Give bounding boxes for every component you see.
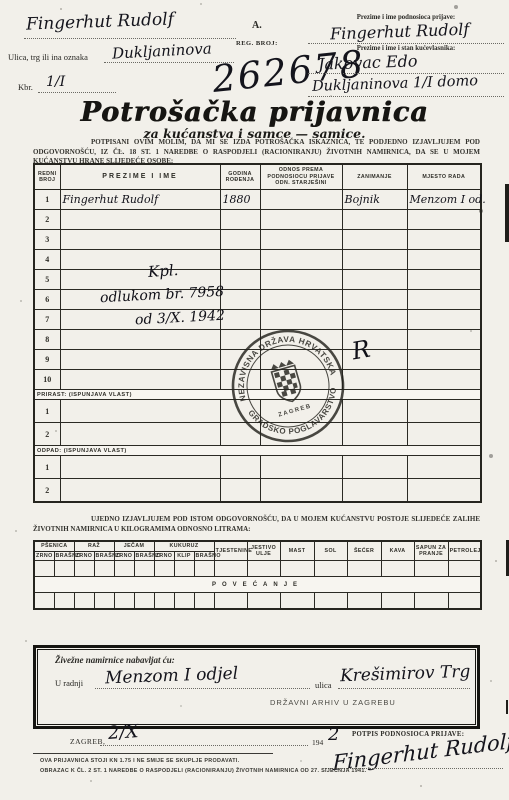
footer-note-price: OVA PRIJAVNICA STOJI KN 1.75 I NE SMIJE …	[40, 758, 370, 764]
cell-redni-broj: 2	[34, 423, 60, 446]
section-letter: A.	[252, 20, 262, 31]
kbr-line	[38, 92, 116, 93]
cell-empty	[314, 561, 347, 577]
landlord-value-handwritten: Jakovac Edo	[318, 51, 418, 73]
supplies-data-row	[34, 593, 481, 610]
col-kukuruz-brasno: BRAŠNO	[194, 551, 214, 561]
cell-prezime-ime	[60, 230, 220, 250]
date-line	[100, 745, 308, 746]
cell-zanimanje: Bojnik	[342, 190, 407, 210]
cell-empty	[34, 593, 54, 610]
col-sapun: SAPUN ZA PRANJE	[414, 541, 448, 561]
cell-zanimanje	[342, 250, 407, 270]
cell-empty	[381, 561, 414, 577]
cell-redni-broj: 5	[34, 270, 60, 290]
cell-empty	[134, 561, 154, 577]
cell-empty	[407, 479, 481, 503]
shop-line	[95, 688, 310, 689]
cell-empty	[94, 561, 114, 577]
cell-zanimanje	[342, 230, 407, 250]
odpad-row: 1	[34, 456, 481, 479]
cell-empty	[381, 593, 414, 610]
col-jecam: JEČAM	[114, 541, 154, 551]
cell-zanimanje	[342, 210, 407, 230]
cell-empty	[34, 561, 54, 577]
applicant-label: Prezime i ime podnosioca prijave:	[310, 14, 502, 21]
odpad-row: 2	[34, 479, 481, 503]
cell-mjesto-rada	[407, 290, 481, 310]
cell-prezime-ime: Fingerhut Rudolf	[60, 190, 220, 210]
cell-empty	[260, 456, 342, 479]
col-kukuruz-zrno: ZRNO	[154, 551, 174, 561]
cell-empty	[154, 593, 174, 610]
col-petrolej: PETROLEJ	[448, 541, 481, 561]
cell-empty	[342, 479, 407, 503]
household-row: 3	[34, 230, 481, 250]
cell-odnos	[260, 290, 342, 310]
col-zanimanje: ZANIMANJE	[342, 164, 407, 190]
cell-odnos	[260, 230, 342, 250]
cell-empty	[407, 456, 481, 479]
cell-mjesto-rada	[407, 370, 481, 390]
cell-empty	[174, 561, 194, 577]
cell-empty	[134, 593, 154, 610]
cell-empty	[174, 593, 194, 610]
col-mast: MAST	[280, 541, 314, 561]
cell-empty	[314, 593, 347, 610]
shop-label: U radnji	[55, 678, 83, 688]
reg-number-label: REG. BROJ:	[236, 40, 278, 47]
cell-mjesto-rada	[407, 230, 481, 250]
cell-zanimanje	[342, 370, 407, 390]
col-psenica-zrno: ZRNO	[34, 551, 54, 561]
cell-godina-rodjenja	[220, 210, 260, 230]
cell-empty	[414, 593, 448, 610]
cell-empty	[60, 400, 220, 423]
cell-zanimanje	[342, 310, 407, 330]
cell-zanimanje	[342, 290, 407, 310]
col-raz: RAŽ	[74, 541, 114, 551]
povecanje-band-row: POVEĆANJE	[34, 577, 481, 593]
povecanje-band-label: POVEĆANJE	[34, 577, 481, 593]
cell-godina-rodjenja	[220, 250, 260, 270]
household-row: 5	[34, 270, 481, 290]
cell-empty	[154, 561, 174, 577]
cell-redni-broj: 6	[34, 290, 60, 310]
year-printed: 194	[312, 738, 323, 747]
cell-mjesto-rada: Menzom I od.	[407, 190, 481, 210]
cell-redni-broj: 7	[34, 310, 60, 330]
footer-note-regulation: OBRAZAC K ČL. 2 ST. 1 NAREDBE O RASPODJE…	[40, 768, 380, 774]
cell-empty	[114, 561, 134, 577]
applicant-value-handwritten: Fingerhut Rudolf	[330, 20, 470, 44]
col-jestivo-ulje: JESTIVO ULJE	[247, 541, 280, 561]
cell-redni-broj: 1	[34, 400, 60, 423]
col-prezime-ime: PREZIME I IME	[60, 164, 220, 190]
col-jecam-zrno: ZRNO	[114, 551, 134, 561]
col-sol: SOL	[314, 541, 347, 561]
col-secer: ŠEĆER	[347, 541, 381, 561]
cell-mjesto-rada	[407, 330, 481, 350]
archive-stamp-text: DRŽAVNI ARHIV U ZAGREBU	[270, 698, 396, 707]
cell-redni-broj: 1	[34, 456, 60, 479]
stamp-center-text: ZAGREB	[278, 403, 313, 418]
cell-empty	[407, 423, 481, 446]
col-mjesto-rada: MJESTO RADA	[407, 164, 481, 190]
stamp-coat-of-arms	[270, 359, 304, 405]
cell-empty	[214, 561, 247, 577]
street-value-handwritten: Dukljaninova	[112, 39, 213, 62]
cell-prezime-ime	[60, 370, 220, 390]
cell-godina-rodjenja	[220, 310, 260, 330]
scan-edge-artifact	[505, 184, 509, 242]
supply-street-label: ulica	[315, 680, 332, 690]
applicant-line	[308, 43, 504, 44]
cell-empty	[194, 561, 214, 577]
cell-prezime-ime	[60, 210, 220, 230]
household-row: 4	[34, 250, 481, 270]
cell-empty	[247, 593, 280, 610]
header-name-handwritten: Fingerhut Rudolf	[26, 9, 175, 34]
cell-redni-broj: 9	[34, 350, 60, 370]
col-raz-zrno: ZRNO	[74, 551, 94, 561]
year-handwritten: 2	[328, 724, 339, 745]
cell-prezime-ime	[60, 350, 220, 370]
cell-godina-rodjenja	[220, 290, 260, 310]
cell-empty	[114, 593, 134, 610]
supplies-group-header-row: PŠENICA RAŽ JEČAM KUKURUZ TJESTENINE JES…	[34, 541, 481, 551]
cell-empty	[54, 561, 74, 577]
declaration-paragraph: UJEDNO IZJAVLJUJEM POD ISTOM ODGOVORNOŠĆ…	[33, 515, 480, 534]
cell-godina-rodjenja	[220, 230, 260, 250]
col-godina-rodjenja: GODINA ROĐENJA	[220, 164, 260, 190]
kbr-label: Kbr.	[18, 82, 33, 92]
col-raz-brasno: BRAŠNO	[94, 551, 114, 561]
col-kukuruz-klip: KLIP	[174, 551, 194, 561]
ration-card-form: Fingerhut Rudolf Ulica, trg ili ina ozna…	[0, 0, 509, 800]
supply-heading: Živežne namirnice nabavljat ću:	[55, 655, 175, 665]
cell-empty	[414, 561, 448, 577]
cell-redni-broj: 10	[34, 370, 60, 390]
supplies-data-row	[34, 561, 481, 577]
cell-zanimanje	[342, 270, 407, 290]
cell-empty	[60, 479, 220, 503]
supplies-table: PŠENICA RAŽ JEČAM KUKURUZ TJESTENINE JES…	[33, 540, 482, 610]
household-row: 1Fingerhut Rudolf1880BojnikMenzom I od.	[34, 190, 481, 210]
cell-empty	[247, 561, 280, 577]
cell-empty	[220, 456, 260, 479]
paper-speckles	[0, 0, 2, 2]
cell-empty	[407, 400, 481, 423]
cell-redni-broj: 2	[34, 210, 60, 230]
cell-empty	[74, 561, 94, 577]
cell-odnos	[260, 190, 342, 210]
household-row: 2	[34, 210, 481, 230]
cell-empty	[280, 593, 314, 610]
col-kava: KAVA	[381, 541, 414, 561]
cell-redni-broj: 1	[34, 190, 60, 210]
col-psenica: PŠENICA	[34, 541, 74, 551]
date-handwritten: 2/X	[107, 721, 139, 744]
cell-mjesto-rada	[407, 210, 481, 230]
street-label: Ulica, trg ili ina oznaka	[8, 52, 88, 62]
cell-mjesto-rada	[407, 310, 481, 330]
cell-empty	[54, 593, 74, 610]
col-psenica-brasno: BRAŠNO	[54, 551, 74, 561]
supply-street-line	[338, 688, 470, 689]
cell-empty	[448, 593, 481, 610]
cell-empty	[347, 561, 381, 577]
cell-empty	[342, 456, 407, 479]
col-odnos: ODNOS PREMA PODNOSIOCU PRIJAVE ODN. STAR…	[260, 164, 342, 190]
col-jecam-brasno: BRAŠNO	[134, 551, 154, 561]
cell-redni-broj: 8	[34, 330, 60, 350]
cell-empty	[94, 593, 114, 610]
cell-redni-broj: 2	[34, 479, 60, 503]
footer-divider	[33, 753, 273, 754]
cell-mjesto-rada	[407, 250, 481, 270]
cell-mjesto-rada	[407, 270, 481, 290]
cell-empty	[280, 561, 314, 577]
cell-empty	[74, 593, 94, 610]
cell-mjesto-rada	[407, 350, 481, 370]
cell-empty	[347, 593, 381, 610]
cell-godina-rodjenja	[220, 270, 260, 290]
cell-odnos	[260, 210, 342, 230]
scan-edge-artifact	[506, 700, 508, 714]
cell-prezime-ime	[60, 250, 220, 270]
household-header-row: REDNI BROJ PREZIME I IME GODINA ROĐENJA …	[34, 164, 481, 190]
cell-empty	[60, 456, 220, 479]
cell-empty	[214, 593, 247, 610]
kbr-value-handwritten: 1/I	[46, 74, 65, 90]
form-title: Potrošačka prijavnica	[0, 97, 509, 128]
col-kukuruz: KUKURUZ	[154, 541, 214, 551]
cell-odnos	[260, 250, 342, 270]
cell-redni-broj: 4	[34, 250, 60, 270]
cell-prezime-ime	[60, 330, 220, 350]
cell-empty	[194, 593, 214, 610]
cell-empty	[448, 561, 481, 577]
annotation-kpl: Kpl.	[147, 261, 179, 281]
cell-empty	[220, 479, 260, 503]
cell-godina-rodjenja: 1880	[220, 190, 260, 210]
cell-redni-broj: 3	[34, 230, 60, 250]
col-redni-broj: REDNI BROJ	[34, 164, 60, 190]
cell-odnos	[260, 270, 342, 290]
household-row: 7	[34, 310, 481, 330]
cell-empty	[260, 479, 342, 503]
cell-empty	[60, 423, 220, 446]
